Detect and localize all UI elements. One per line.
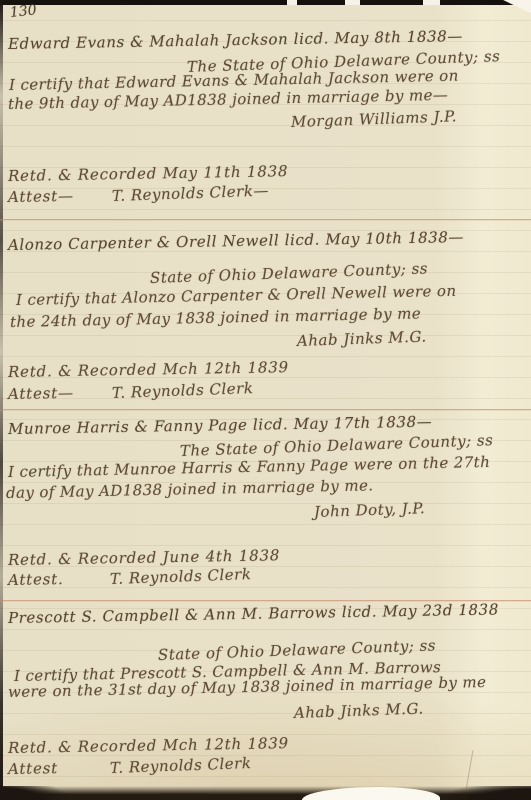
top-page-edge: [0, 0, 531, 5]
attest-label: Attest.: [8, 570, 64, 589]
left-page-edge: [0, 0, 3, 800]
page-number: 130: [9, 2, 37, 21]
entry-divider: [0, 219, 531, 220]
page-edge-notch: [345, 0, 360, 5]
page-edge-notch: [287, 0, 297, 5]
attest-label: Attest—: [8, 187, 74, 206]
attest-label: Attest: [8, 759, 58, 778]
bottom-page-edge: [0, 786, 531, 800]
marriage-register-page: 130 Edward Evans & Mahalah Jackson licd.…: [0, 0, 531, 800]
page-edge-notch: [423, 0, 440, 5]
entry-divider: [0, 409, 531, 410]
attest-label: Attest—: [8, 384, 74, 403]
